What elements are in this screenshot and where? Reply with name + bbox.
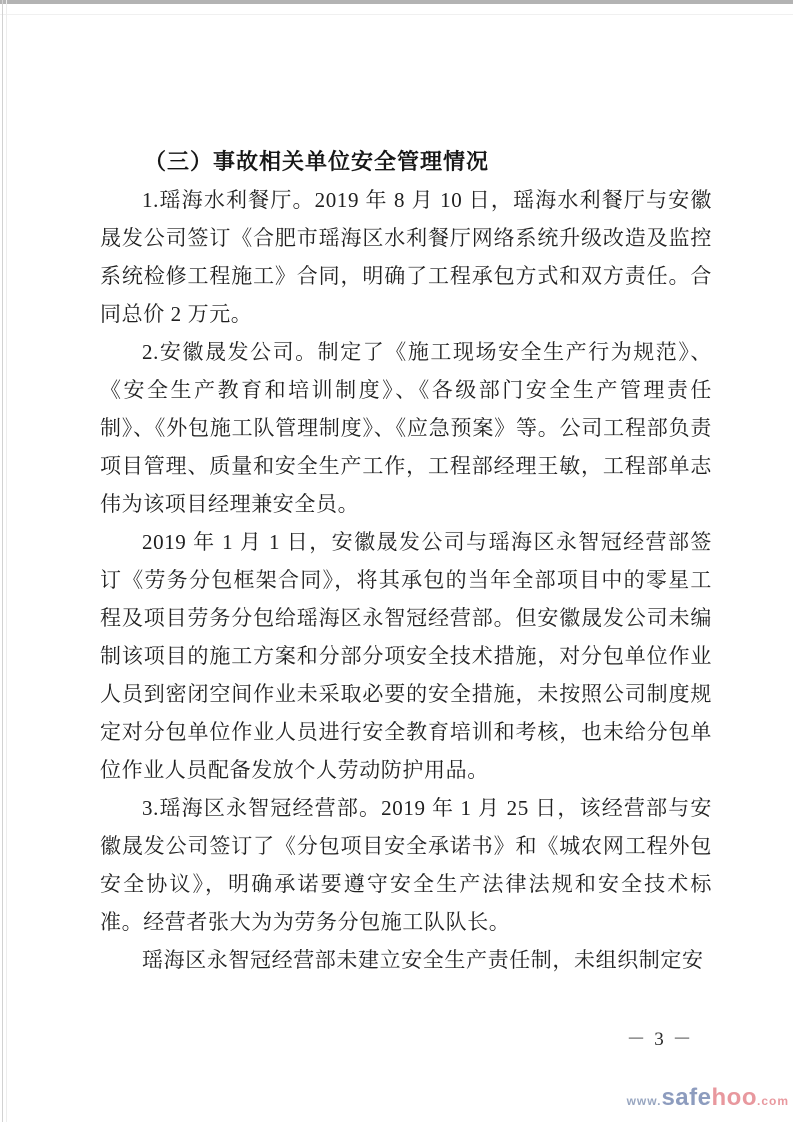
watermark-safe-text: safe (661, 1084, 711, 1112)
watermark-hoo-text: hoo (712, 1084, 757, 1112)
scan-edge-left (2, 0, 3, 1122)
watermark-com-text: .com (757, 1094, 789, 1108)
paragraph-subcontract: 2019 年 1 月 1 日，安徽晟发公司与瑶海区永智冠经营部签订《劳务分包框架… (100, 523, 712, 789)
safehoo-watermark-logo: www. safe hoo .com (627, 1084, 789, 1112)
watermark-www-text: www. (627, 1094, 662, 1108)
scan-edge-left-faint (6, 0, 7, 1122)
document-body: （三）事故相关单位安全管理情况 1.瑶海水利餐厅。2019 年 8 月 10 日… (100, 143, 712, 979)
scan-edge-top-faint (0, 14, 793, 15)
paragraph-continued: 瑶海区永智冠经营部未建立安全生产责任制，未组织制定安 (100, 941, 712, 979)
section-heading: （三）事故相关单位安全管理情况 (100, 143, 712, 181)
paragraph-shengfa-company: 2.安徽晟发公司。制定了《施工现场安全生产行为规范》、《安全生产教育和培训制度》… (100, 333, 712, 523)
scanned-document-page: { "document": { "heading": "（三）事故相关单位安全管… (0, 0, 793, 1122)
scan-edge-top (0, 0, 793, 4)
page-number: － 3 － (600, 1024, 720, 1051)
paragraph-yongzhiguan: 3.瑶海区永智冠经营部。2019 年 1 月 25 日，该经营部与安徽晟发公司签… (100, 789, 712, 941)
paragraph-restaurant: 1.瑶海水利餐厅。2019 年 8 月 10 日，瑶海水利餐厅与安徽晟发公司签订… (100, 181, 712, 333)
